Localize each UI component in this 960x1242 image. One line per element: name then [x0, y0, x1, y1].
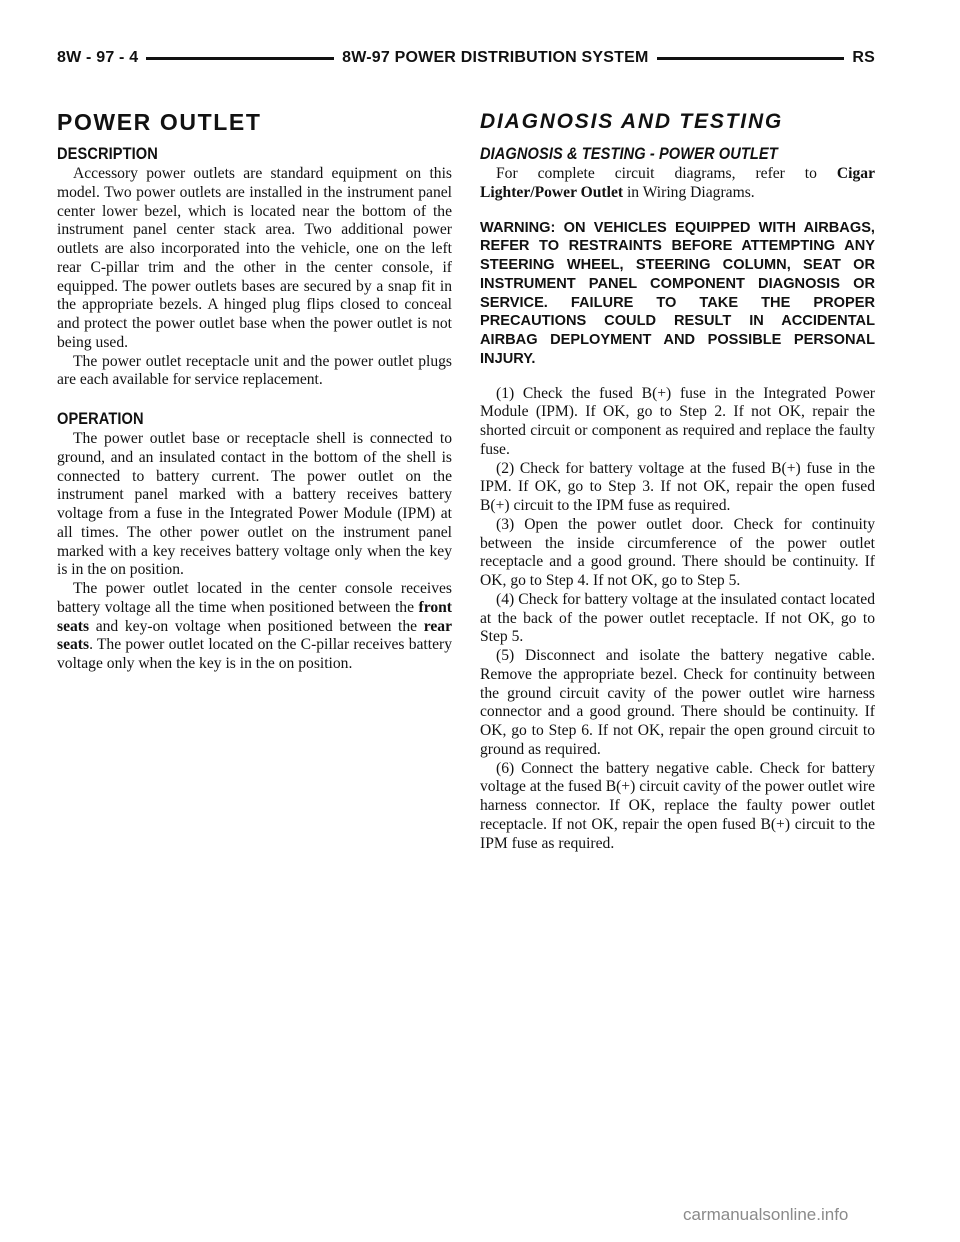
page-header: 8W - 97 - 4 8W-97 POWER DISTRIBUTION SYS… [57, 46, 875, 70]
heading-diagnosis-power-outlet: DIAGNOSIS & TESTING - POWER OUTLET [480, 143, 820, 165]
description-paragraph-2: The power outlet receptacle unit and the… [57, 353, 452, 391]
step-1: (1) Check the fused B(+) fuse in the Int… [480, 385, 875, 460]
header-rule-right [657, 57, 845, 60]
text-span: The power outlet located in the center c… [57, 580, 452, 616]
text-span: . The power outlet located on the C-pill… [57, 636, 452, 672]
step-5: (5) Disconnect and isolate the battery n… [480, 647, 875, 760]
chapter-title: 8W-97 POWER DISTRIBUTION SYSTEM [342, 49, 648, 67]
watermark: carmanualsonline.info [683, 1205, 848, 1225]
section-title-power-outlet: POWER OUTLET [57, 108, 452, 136]
text-span: in Wiring Diagrams. [623, 184, 755, 201]
model-code: RS [852, 49, 875, 67]
heading-operation: OPERATION [57, 408, 397, 430]
heading-description: DESCRIPTION [57, 143, 397, 165]
airbag-warning: WARNING: ON VEHICLES EQUIPPED WITH AIR­B… [480, 219, 875, 369]
step-4: (4) Check for battery voltage at the ins… [480, 591, 875, 647]
operation-paragraph-2: The power outlet located in the center c… [57, 580, 452, 674]
right-column: DIAGNOSIS AND TESTING DIAGNOSIS & TESTIN… [480, 108, 875, 853]
step-2: (2) Check for battery voltage at the fus… [480, 460, 875, 516]
step-3: (3) Open the power outlet door. Check fo… [480, 516, 875, 591]
section-title-diagnosis-testing: DIAGNOSIS AND TESTING [480, 108, 875, 136]
header-rule-left [146, 57, 334, 60]
operation-paragraph-1: The power outlet base or receptacle shel… [57, 430, 452, 580]
left-column: POWER OUTLET DESCRIPTION Accessory power… [57, 108, 452, 674]
text-span: For complete circuit diagrams, refer to [496, 165, 837, 182]
page-number: 8W - 97 - 4 [57, 49, 138, 67]
step-6: (6) Connect the battery negative cable. … [480, 760, 875, 854]
intro-paragraph: For complete circuit diagrams, refer to … [480, 165, 875, 203]
text-span: and key-on voltage when positioned betwe… [89, 618, 424, 635]
description-paragraph-1: Accessory power outlets are standard equ… [57, 165, 452, 353]
